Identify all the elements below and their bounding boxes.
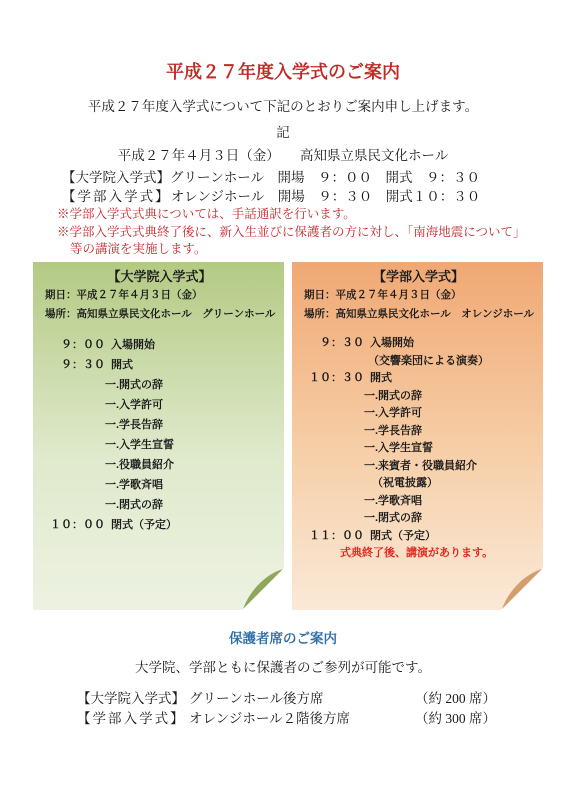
guardian-seating-list: 【大学院入学式】グリーンホール後方席（約 200 席）【学部入学式】オレンジホー…: [77, 689, 496, 729]
schedule-row: 一.開式の辞: [45, 375, 274, 395]
guardian-body: 大学院、学部ともに保護者のご参列が可能です。: [0, 656, 566, 676]
schedule-row: 一.来賓者・役職員紹介: [304, 458, 533, 476]
seating-seats: （約 200 席）: [415, 689, 496, 709]
schedule-row: １１：００閉式（予定）: [304, 528, 533, 546]
ugrad-info-line: 【学部入学式】オレンジホール 開場 ９：３０ 開式１０：３０: [62, 185, 480, 205]
lecture-note-line1: ※学部入学式式典終了後に、新入生並びに保護者の方に対し、「南海地震について」: [57, 222, 526, 240]
program-item: 一.開式の辞: [45, 375, 163, 395]
schedule-row: 一.入学生宣誓: [45, 435, 274, 455]
grad-info-rest: グリーンホール 開場 ９：００ 開式 ９：３０: [170, 170, 480, 185]
document-page: 平成２７年度入学式のご案内 平成２７年度入学式について下記のとおりご案内申し上げ…: [0, 0, 566, 800]
schedule-row: １０：００閉式（予定）: [45, 515, 274, 535]
grad-ceremony-box: 【大学院入学式】 期日：平成２７年４月３日（金） 場所：高知県立県民文化ホール …: [33, 262, 284, 610]
program-item: 一.入学許可: [45, 395, 163, 415]
schedule-row: ９：３０入場開始: [304, 335, 533, 353]
grad-box-content: 【大学院入学式】 期日：平成２７年４月３日（金） 場所：高知県立県民文化ホール …: [33, 262, 284, 610]
schedule-time: ９：３０: [304, 335, 364, 353]
ki-marker: 記: [0, 121, 566, 141]
schedule-row: １０：３０開式: [304, 370, 533, 388]
ugrad-box-content: 【学部入学式】 期日：平成２７年４月３日（金） 場所：高知県立県民文化ホール オ…: [292, 262, 543, 610]
grad-schedule: ９：００入場開始９：３０開式一.開式の辞一.入学許可一.学長告辞一.入学生宣誓一…: [45, 335, 274, 535]
schedule-row: 一.開式の辞: [304, 388, 533, 406]
ugrad-info-rest: オレンジホール 開場 ９：３０ 開式１０：３０: [171, 189, 481, 204]
schedule-row: ９：３０開式: [45, 355, 274, 375]
seating-row: 【大学院入学式】グリーンホール後方席（約 200 席）: [77, 689, 496, 709]
program-item: 一.開式の辞: [304, 388, 422, 406]
seating-label: 【学部入学式】: [77, 709, 189, 729]
program-item: 一.閉式の辞: [45, 495, 163, 515]
grad-info-line: 【大学院入学式】グリーンホール 開場 ９：００ 開式 ９：３０: [62, 166, 480, 186]
seating-hall: オレンジホール２階後方席: [189, 709, 415, 729]
program-item: 一.学歌斉唱: [45, 475, 163, 495]
program-item: 一.学長告辞: [304, 423, 422, 441]
guardian-heading: 保護者席のご案内: [0, 627, 566, 647]
sign-language-note: ※学部入学式式典については、手話通訳を行います。: [57, 204, 356, 222]
schedule-event: 開式: [364, 370, 392, 388]
program-item: 一.入学生宣誓: [304, 440, 433, 458]
schedule-time: １１：００: [304, 528, 364, 546]
grad-info-label: 【大学院入学式】: [62, 170, 170, 185]
program-item: 一.役職員紹介: [45, 455, 174, 475]
program-item: 一.入学生宣誓: [45, 435, 174, 455]
seating-row: 【学部入学式】オレンジホール２階後方席（約 300 席）: [77, 709, 496, 729]
grad-box-title: 【大学院入学式】: [45, 268, 274, 286]
ugrad-schedule: ９：３０入場開始（交響楽団による演奏）１０：３０開式一.開式の辞一.入学許可一.…: [304, 335, 533, 563]
schedule-row: 一.学歌斉唱: [45, 475, 274, 495]
ugrad-box-place: 場所：高知県立県民文化ホール オレンジホール: [304, 305, 533, 324]
schedule-time: ９：３０: [45, 355, 105, 375]
date-venue-line: 平成２７年４月３日（金） 高知県立県民文化ホール: [0, 144, 566, 164]
seating-hall: グリーンホール後方席: [189, 689, 415, 709]
schedule-row: 一.閉式の辞: [304, 510, 533, 528]
schedule-time: １０：３０: [304, 370, 364, 388]
ugrad-info-label: 【学部入学式】: [62, 189, 171, 204]
ugrad-box-title: 【学部入学式】: [304, 268, 533, 286]
schedule-row: （交響楽団による演奏）: [304, 353, 533, 371]
schedule-event: 入場開始: [105, 335, 155, 355]
schedule-row: 一.閉式の辞: [45, 495, 274, 515]
schedule-event: 開式: [105, 355, 133, 375]
program-item: （交響楽団による演奏）: [304, 353, 489, 371]
schedule-row: 一.入学許可: [45, 395, 274, 415]
grad-box-place: 場所：高知県立県民文化ホール グリーンホール: [45, 305, 274, 324]
schedule-row: 一.入学生宣誓: [304, 440, 533, 458]
page-title: 平成２７年度入学式のご案内: [0, 58, 566, 84]
schedule-event: 閉式（予定）: [105, 515, 177, 535]
ugrad-ceremony-box: 【学部入学式】 期日：平成２７年４月３日（金） 場所：高知県立県民文化ホール オ…: [292, 262, 543, 610]
schedule-row: 一.学長告辞: [45, 415, 274, 435]
intro-text: 平成２７年度入学式について下記のとおりご案内申し上げます。: [0, 95, 566, 115]
grad-box-date: 期日：平成２７年４月３日（金）: [45, 286, 274, 305]
program-item: 一.学長告辞: [45, 415, 163, 435]
program-item: 一.来賓者・役職員紹介: [304, 458, 477, 476]
seating-seats: （約 300 席）: [415, 709, 496, 729]
schedule-event: 入場開始: [364, 335, 414, 353]
lecture-note: 式典終了後、講演があります。: [304, 545, 493, 563]
program-item: 一.学歌斉唱: [304, 493, 422, 511]
schedule-row: 一.入学許可: [304, 405, 533, 423]
program-item: （祝電披露）: [304, 475, 438, 493]
schedule-row: （祝電披露）: [304, 475, 533, 493]
lecture-note-line2: 等の講演を実施します。: [70, 239, 207, 257]
program-item: 一.閉式の辞: [304, 510, 422, 528]
schedule-time: ９：００: [45, 335, 105, 355]
schedule-row: ９：００入場開始: [45, 335, 274, 355]
schedule-row: 一.役職員紹介: [45, 455, 274, 475]
schedule-row: 式典終了後、講演があります。: [304, 545, 533, 563]
schedule-time: １０：００: [45, 515, 105, 535]
schedule-row: 一.学歌斉唱: [304, 493, 533, 511]
ugrad-box-date: 期日：平成２７年４月３日（金）: [304, 286, 533, 305]
seating-label: 【大学院入学式】: [77, 689, 189, 709]
program-item: 一.入学許可: [304, 405, 422, 423]
schedule-event: 閉式（予定）: [364, 528, 436, 546]
schedule-row: 一.学長告辞: [304, 423, 533, 441]
